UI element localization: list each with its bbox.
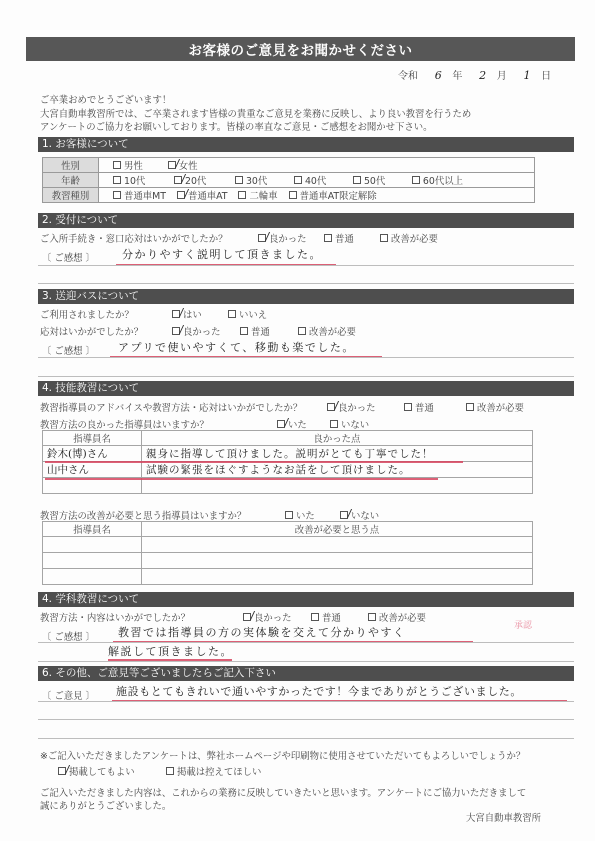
lecture-comment-label: 〔 ご感想 〕: [42, 629, 95, 643]
checkbox-checked-icon[interactable]: [243, 613, 251, 621]
ruled-line: [38, 357, 574, 358]
checkbox-checked-icon[interactable]: [177, 191, 185, 199]
instructor-name-header: 指導員名: [43, 431, 142, 446]
instructor-name-cell[interactable]: [43, 537, 142, 553]
bus-used-yes-option[interactable]: はい: [172, 307, 202, 321]
lecture-normal-option[interactable]: 普通: [311, 610, 341, 624]
section-other-heading: 6. その他、ご意見等ございましたらご記入下さい: [38, 666, 574, 681]
course-mt-option[interactable]: 普通車MT: [113, 188, 166, 202]
bad-instructor-question: 教習方法の改善が必要と思う指導員はいますか？: [40, 508, 246, 522]
checkbox-icon[interactable]: [240, 327, 248, 335]
red-underline: [45, 461, 463, 463]
good-instructor-no-option[interactable]: いない: [330, 417, 369, 431]
red-underline: [45, 478, 438, 480]
ruled-line: [38, 661, 574, 662]
improvement-point-cell[interactable]: [142, 537, 533, 553]
checkbox-icon[interactable]: [368, 613, 376, 621]
date-year-label: 年: [452, 71, 462, 82]
checkbox-icon[interactable]: [285, 511, 293, 519]
bus-service-improve-option[interactable]: 改善が必要: [298, 324, 356, 338]
checkbox-icon[interactable]: [311, 613, 319, 621]
bus-comment-label: 〔 ご感想 〕: [42, 343, 95, 357]
bus-service-question: 応対はいかがでしたか？: [40, 324, 143, 338]
checkbox-icon[interactable]: [235, 176, 243, 184]
instructor-name-cell[interactable]: 山中さん: [43, 462, 142, 478]
signature: 大宮自動車教習所: [466, 812, 541, 825]
age-label: 年齢: [43, 173, 99, 188]
intro-line-1: ご卒業おめでとうございます！: [40, 94, 471, 108]
age-row: 年齢 10代 20代 30代 40代 50代 60代以上: [43, 173, 535, 188]
intro-text: ご卒業おめでとうございます！ 大宮自動車教習所では、ご卒業されます皆様の貴重なご…: [40, 94, 471, 135]
other-comment-label: 〔 ご意見 〕: [42, 688, 95, 702]
ruled-line: [38, 738, 574, 739]
lecture-improve-option[interactable]: 改善が必要: [368, 610, 426, 624]
checkbox-icon[interactable]: [298, 327, 306, 335]
improvement-point-cell[interactable]: [142, 553, 533, 569]
customer-info-table: 性別 男性 女性 年齢 10代 20代 30代 40代 50代 60代以上 教習…: [42, 157, 535, 203]
date-day-label: 日: [541, 71, 551, 82]
skill-good-option[interactable]: 良かった: [327, 400, 376, 414]
reception-improve-option[interactable]: 改善が必要: [380, 231, 438, 245]
section-lecture-heading: 4. 学科教習について: [38, 592, 574, 607]
date-year-value[interactable]: 6: [427, 69, 449, 82]
lecture-good-option[interactable]: 良かった: [243, 610, 292, 624]
closing-line-1: ご記入いただきました内容は、これからの業務に反映していきたいと思います。アンケー…: [40, 787, 526, 800]
consent-allow-option[interactable]: 掲載してもよい: [58, 764, 135, 778]
course-label: 教習種別: [43, 188, 99, 203]
checkbox-icon[interactable]: [380, 234, 388, 242]
intro-line-2: 大宮自動車教習所では、ご卒業されます皆様の貴重なご意見を業務に反映し、より良い教…: [40, 108, 471, 122]
bus-comment[interactable]: アプリで使いやすくて、移動も楽でした。: [118, 339, 355, 355]
checkbox-checked-icon[interactable]: [172, 310, 180, 318]
consent-question: ※ご記入いただきましたアンケートは、弊社ホームページや印刷物に使用させていただい…: [40, 750, 525, 763]
course-at-option[interactable]: 普通車AT: [177, 188, 228, 202]
checkbox-icon[interactable]: [238, 191, 246, 199]
bus-used-no-option[interactable]: いいえ: [228, 307, 267, 321]
course-row: 教習種別 普通車MT 普通車AT 二輪車 普通車AT限定解除: [43, 188, 535, 203]
reception-comment[interactable]: 分かりやすく説明して頂きました。: [122, 246, 322, 262]
checkbox-icon[interactable]: [113, 191, 121, 199]
age-60s-option[interactable]: 60代以上: [412, 173, 463, 187]
closing-line-2: 誠にありがとうございました。: [40, 800, 526, 813]
section-reception-heading: 2. 受付について: [38, 213, 574, 228]
date-row: 令和 6 年 2 月 1 日: [398, 67, 557, 82]
checkbox-icon[interactable]: [324, 234, 332, 242]
instructor-name-header: 指導員名: [43, 522, 142, 537]
lecture-comment-line-1[interactable]: 教習では指導員の方の実体験を交えて分かりやすく: [118, 624, 406, 640]
checkbox-icon[interactable]: [294, 176, 302, 184]
course-options: 普通車MT 普通車AT 二輪車 普通車AT限定解除: [99, 188, 535, 203]
skill-normal-option[interactable]: 普通: [404, 400, 434, 414]
checkbox-checked-icon[interactable]: [172, 327, 180, 335]
gender-label: 性別: [43, 158, 99, 173]
age-10s-option[interactable]: 10代: [113, 173, 171, 187]
good-instructor-yes-option[interactable]: いた: [277, 417, 307, 431]
checkbox-icon[interactable]: [404, 403, 412, 411]
table-row: [43, 569, 533, 585]
checkbox-checked-icon[interactable]: [174, 176, 182, 184]
bus-used-question: ご利用されましたか？: [40, 307, 134, 321]
gender-male-option[interactable]: 男性: [113, 158, 143, 172]
reception-good-option[interactable]: 良かった: [258, 231, 307, 245]
checkbox-checked-icon[interactable]: [168, 161, 176, 169]
bad-instructor-no-option[interactable]: いない: [340, 508, 379, 522]
skill-improve-option[interactable]: 改善が必要: [466, 400, 524, 414]
lecture-comment-line-2[interactable]: 解説して頂きました。: [108, 643, 233, 659]
reception-question: ご入所手続き・窓口応対はいかがでしたか？: [40, 231, 228, 245]
date-month-label: 月: [497, 71, 507, 82]
approval-stamp: 承認: [512, 620, 534, 646]
course-at-release-option[interactable]: 普通車AT限定解除: [289, 188, 377, 202]
table-header-row: 指導員名 改善が必要と思う点: [43, 522, 533, 537]
instructor-name-cell[interactable]: [43, 569, 142, 585]
improvement-point-cell[interactable]: [142, 569, 533, 585]
table-row: [43, 553, 533, 569]
section-customer-heading: 1. お客様について: [38, 137, 574, 152]
checkbox-icon[interactable]: [113, 176, 121, 184]
ruled-line: [38, 719, 574, 720]
other-comment[interactable]: 施設もとてもきれいで通いやすかったです！今までありがとうございました。: [116, 683, 522, 699]
checkbox-icon[interactable]: [113, 161, 121, 169]
reception-comment-label: 〔 ご感想 〕: [42, 250, 95, 264]
form-title: お客様のご意見をお聞かせください: [26, 37, 575, 61]
checkbox-icon[interactable]: [166, 767, 174, 775]
age-options: 10代 20代 30代 40代 50代 60代以上: [99, 173, 535, 188]
consent-decline-option[interactable]: 掲載は控えてほしい: [166, 764, 261, 778]
date-day-value[interactable]: 1: [516, 69, 538, 82]
table-header-row: 指導員名 良かった点: [43, 431, 533, 446]
date-month-value[interactable]: 2: [472, 69, 494, 82]
checkbox-icon[interactable]: [330, 420, 338, 428]
closing-text: ご記入いただきました内容は、これからの業務に反映していきたいと思います。アンケー…: [40, 787, 526, 813]
checkbox-checked-icon[interactable]: [327, 403, 335, 411]
age-40s-option[interactable]: 40代: [294, 173, 350, 187]
gender-options: 男性 女性: [99, 158, 535, 173]
gender-row: 性別 男性 女性: [43, 158, 535, 173]
bus-service-normal-option[interactable]: 普通: [240, 324, 270, 338]
reception-normal-option[interactable]: 普通: [324, 231, 354, 245]
bus-service-good-option[interactable]: 良かった: [172, 324, 221, 338]
good-points-header: 良かった点: [142, 431, 533, 446]
intro-line-3: アンケートのご協力をお願いしております。皆様の率直なご意見・ご感想をお聞かせ下さ…: [40, 121, 471, 135]
good-point-cell[interactable]: 親身に指導して頂けました。説明がとても丁寧でした！: [142, 446, 533, 462]
age-20s-option[interactable]: 20代: [174, 173, 232, 187]
bad-instructor-yes-option[interactable]: いた: [285, 508, 315, 522]
checkbox-icon[interactable]: [353, 176, 361, 184]
course-motorcycle-option[interactable]: 二輪車: [238, 188, 277, 202]
table-row: 鈴木(博)さん 親身に指導して頂けました。説明がとても丁寧でした！: [43, 446, 533, 462]
checkbox-icon[interactable]: [228, 310, 236, 318]
age-50s-option[interactable]: 50代: [353, 173, 409, 187]
date-era: 令和: [398, 71, 418, 82]
instructor-name-cell[interactable]: [43, 553, 142, 569]
checkbox-checked-icon[interactable]: [340, 511, 348, 519]
table-row: [43, 537, 533, 553]
checkbox-icon[interactable]: [412, 176, 420, 184]
good-instructor-question: 教習方法の良かった指導員はいますか？: [40, 417, 209, 431]
gender-female-option[interactable]: 女性: [168, 158, 198, 172]
instructor-name-cell[interactable]: 鈴木(博)さん: [43, 446, 142, 462]
bad-instructor-table: 指導員名 改善が必要と思う点: [42, 521, 533, 585]
checkbox-checked-icon[interactable]: [258, 234, 266, 242]
improvement-points-header: 改善が必要と思う点: [142, 522, 533, 537]
section-skill-heading: 4. 技能教習について: [38, 381, 574, 396]
checkbox-icon[interactable]: [466, 403, 474, 411]
ruled-line: [38, 265, 574, 266]
ruled-line: [38, 701, 574, 702]
lecture-question: 教習方法・内容はいかがでしたか？: [40, 610, 190, 624]
checkbox-icon[interactable]: [289, 191, 297, 199]
age-30s-option[interactable]: 30代: [235, 173, 291, 187]
checkbox-checked-icon[interactable]: [58, 767, 66, 775]
good-point-cell[interactable]: 試験の緊張をほぐすようなお話をして頂けました。: [142, 462, 533, 478]
section-bus-heading: 3. 送迎バスについて: [38, 289, 574, 304]
ruled-line: [38, 283, 574, 284]
skill-instructor-question: 教習指導員のアドバイスや教習方法・応対はいかがでしたか？: [40, 400, 302, 414]
checkbox-checked-icon[interactable]: [277, 420, 285, 428]
ruled-line: [38, 376, 574, 377]
table-row: 山中さん 試験の緊張をほぐすようなお話をして頂けました。: [43, 462, 533, 478]
